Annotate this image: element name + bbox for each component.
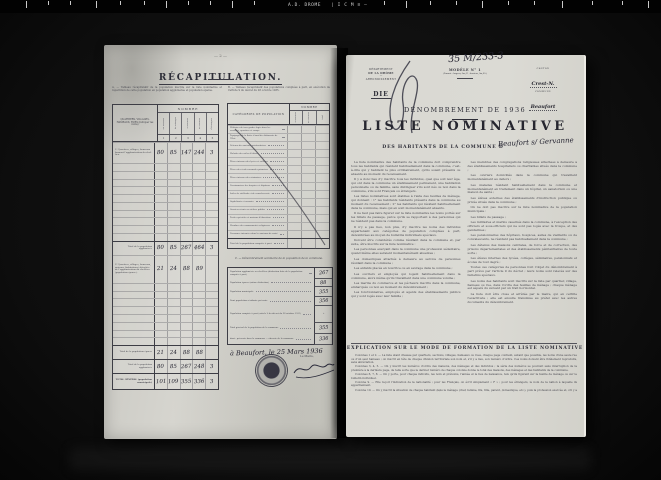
table-a-cell — [181, 195, 194, 202]
table-a-row-label — [113, 331, 155, 338]
table-a-cell — [181, 203, 194, 210]
table-b-cell — [287, 158, 301, 165]
table-a-cell: 85 — [168, 143, 181, 163]
table-a-cell: 24 — [168, 346, 181, 359]
table-a-cell — [168, 284, 181, 291]
microfilm-scan-viewport: A.D. DROME | I C M ≡ — — 2 — RÉCAPITULAT… — [0, 0, 661, 480]
table-b-row-label: Pensionnaires des hospices et hôpitaux — [228, 183, 287, 190]
page-number: — 2 — — [104, 53, 337, 58]
table-b-row: Pensionnaires des hospices et hôpitaux — [228, 182, 329, 190]
table-a-cell — [181, 211, 194, 218]
table-row-empty — [113, 225, 218, 233]
table-a-cell — [168, 226, 181, 233]
explication-paragraph: Colonne 10. — On y inscrit la situation … — [351, 389, 577, 392]
microfilm-ruler: A.D. DROME | I C M ≡ — — [0, 0, 661, 13]
handwritten-value: 24 — [170, 349, 177, 355]
instruction-paragraph: Les militaires et marins casernés dans l… — [468, 221, 578, 233]
table-a-cell — [206, 195, 218, 202]
table-a-row-label — [113, 218, 155, 225]
table-b-row-label: Ouvriers réunis en ateliers publics — [228, 207, 287, 214]
liste-nominative-title: LISTE NOMINATIVE — [346, 119, 584, 134]
table-b-cell — [315, 199, 329, 206]
table-a-cell — [206, 164, 218, 171]
table-b-cell — [301, 174, 315, 181]
table-b-row: Écoles spéciales et maisons d'éducation — [228, 214, 329, 222]
handwritten-value: 267 — [181, 245, 192, 252]
table-c-row-label: Population municipale — [228, 287, 314, 297]
ruler-tick — [482, 1, 483, 8]
table-b-cell — [301, 223, 315, 230]
table-a-cell — [181, 292, 194, 299]
table-a-header: QUARTIERS, VILLAGES, HAMEAUX, RUES (indi… — [113, 105, 218, 142]
caption-table-c: C. — Dénombrement sommaire de la populat… — [224, 256, 334, 260]
ruler-tick — [430, 1, 431, 5]
handwritten-value: 88 — [183, 349, 190, 355]
table-a-cell — [181, 234, 194, 241]
table-b-subcolumns: d'hommesde femmestotal — [290, 111, 329, 124]
table-c-row: Population agglomérée au chef-lieu (dédu… — [228, 268, 332, 279]
table-a-nombre-header: NOMBRE — [158, 105, 218, 113]
table-c-row-label: Dont population résidante présente — [228, 297, 314, 306]
instruction-paragraph: Doivent être considérés comme résidant d… — [351, 239, 461, 247]
table-b-cell — [315, 158, 329, 165]
table-a-column-number: 2 — [170, 135, 182, 141]
table-a-row-label — [113, 203, 155, 210]
table-a-row-label — [113, 187, 155, 194]
table-a-cell — [168, 180, 181, 187]
table-a-cell — [181, 218, 194, 225]
table-a-cell: 267 — [181, 242, 194, 255]
instruction-paragraph: Les détenus des maisons centrales, de fo… — [468, 244, 578, 256]
table-b-cell — [301, 158, 315, 165]
ruler-tick — [622, 1, 623, 5]
mairie-stamp — [253, 352, 290, 389]
table-a-cell: 248 — [193, 360, 206, 373]
instruction-paragraph: Les domestiques attachés à demeure au se… — [351, 258, 461, 266]
table-row-empty — [113, 217, 218, 225]
table-a-cell — [181, 226, 194, 233]
table-a-cell — [193, 226, 206, 233]
table-c-row: Total général de la population de la com… — [228, 323, 332, 334]
handwritten-value: 355 — [319, 325, 329, 332]
ruler-tick — [562, 1, 563, 8]
table-a-cell — [206, 203, 218, 210]
table-a-row-label — [113, 195, 155, 202]
scanner-glare — [70, 448, 590, 470]
handwritten-value: 248 — [194, 363, 205, 370]
table-row-empty — [113, 179, 218, 187]
table-a-row-label: Total de la population agglomérée — [113, 360, 155, 373]
table-a-subcolumn: d'hommes — [182, 113, 194, 134]
table-a-cell — [181, 315, 194, 322]
table-a-cell: 464 — [193, 242, 206, 255]
table-a-cell — [206, 307, 218, 314]
table-b-cell — [315, 134, 329, 141]
instruction-paragraph: Toutes ces catégories de personnes font … — [468, 266, 578, 278]
table-a-column-numbers: 12345 — [158, 134, 218, 141]
ruler-tick — [508, 1, 509, 5]
table-a-row-label — [113, 323, 155, 330]
caption-table-a: A. — Tableau récapitulatif de la populat… — [112, 86, 222, 93]
table-a-cell — [155, 218, 168, 225]
table-b-cell — [315, 207, 329, 214]
handwritten-value: 3 — [210, 150, 214, 156]
table-a-row-label — [113, 234, 155, 241]
table-b-row-label: Membres des communautés religieuses — [228, 223, 287, 230]
table-a-cell — [181, 338, 194, 345]
table-b-cell — [287, 134, 301, 141]
table-a-cell: 101 — [155, 374, 168, 390]
table-a-cell — [193, 338, 206, 345]
table-a-cell — [168, 164, 181, 171]
table-a-cell — [193, 218, 206, 225]
table-row: Total de la population agglomérée8085267… — [113, 241, 218, 255]
table-a-cell: 267 — [181, 360, 194, 373]
instruction-paragraph: Il y a donc lieu d'y inscrire tous les i… — [351, 178, 461, 194]
table-a-cell: 21 — [155, 346, 168, 359]
instruction-paragraph: Les élèves internes des lycées, collèges… — [468, 257, 578, 265]
instruction-paragraph: On ne doit pas inscrire sur la liste nom… — [468, 206, 578, 214]
table-b-cell — [301, 239, 315, 249]
table-a-cell — [168, 323, 181, 330]
handwritten-value: 356 — [319, 298, 329, 305]
table-b-cell — [287, 166, 301, 173]
table-a-cell — [168, 299, 181, 306]
table-b-cell — [315, 239, 329, 249]
table-a-cell: 80 — [155, 143, 168, 163]
table-row-empty — [113, 210, 218, 218]
handwritten-value: 21 — [157, 266, 164, 272]
instruction-paragraph: Les listes nominatives sont établies à l… — [351, 195, 461, 211]
table-a-subcolumn-label: de ménages — [175, 117, 177, 129]
table-a-cell: 3 — [206, 242, 218, 255]
table-row-empty — [113, 202, 218, 210]
model-rule — [457, 78, 473, 79]
table-a-cell — [168, 315, 181, 322]
table-b-cell — [287, 215, 301, 222]
table-a-row-label — [113, 284, 155, 291]
table-a-cell — [193, 331, 206, 338]
table-b-cell — [315, 150, 329, 157]
table-b-subcolumn: de femmes — [303, 111, 316, 124]
table-a-cell — [155, 323, 168, 330]
table-a-cell — [155, 331, 168, 338]
instruction-paragraph: Les enfants placés en nourrice ou en sev… — [351, 267, 461, 271]
ruler-tick — [188, 1, 189, 5]
table-b-subcolumn-label: de femmes — [308, 112, 310, 123]
left-page-recapitulation: — 2 — RÉCAPITULATION. A. — Tableau récap… — [104, 45, 337, 439]
handwritten-value: 267 — [181, 363, 192, 370]
ruler-tick — [534, 1, 535, 5]
instruction-paragraph: Les membres des congrégations religieuse… — [468, 161, 578, 173]
ruler-tick — [232, 1, 233, 8]
table-a-cell — [206, 292, 218, 299]
table-a-cell: 88 — [181, 256, 194, 283]
table-a-row-label: 1° Quartiers, villages, hameaux formant … — [113, 143, 155, 163]
table-a-cell — [168, 331, 181, 338]
table-c-row: Population municipale355 — [228, 287, 332, 297]
handwritten-value: 88 — [196, 349, 203, 355]
table-a-cell: 109 — [168, 374, 181, 390]
handwritten-value: 88 — [320, 279, 327, 285]
table-b-cell — [315, 191, 329, 198]
handwritten-archive-reference: 35 M/233-3 — [448, 46, 568, 65]
table-b-nombre-header: NOMBRE — [290, 104, 329, 111]
instruction-paragraph: Les fonctionnaires, employés et agents d… — [351, 291, 461, 299]
table-a-cell — [155, 180, 168, 187]
table-a-cell — [193, 180, 206, 187]
handwritten-value: 89 — [196, 266, 203, 272]
table-a-row-label: Total de la population agglomérée — [113, 242, 155, 255]
table-b-cell — [287, 126, 301, 133]
table-row: Total de la population éparse21248888 — [113, 345, 218, 359]
table-a-cell — [193, 203, 206, 210]
table-b-cell — [315, 223, 329, 230]
table-b-row: Élèves internes des séminaires — [228, 173, 329, 181]
table-row: TOTAL GÉNÉRAL (population municipale)101… — [113, 373, 218, 390]
table-a-cell — [206, 299, 218, 306]
table-b-cell — [287, 142, 301, 149]
table-c-row: dont : présente dans la commune — absent… — [228, 334, 332, 345]
table-b-row-label: Équipages de la flotte à bord des bâtime… — [228, 134, 287, 141]
table-a-subcolumn: de maisons — [158, 113, 170, 134]
table-b-cell — [287, 191, 301, 198]
table-b-row-label: Écoles spéciales et maisons d'éducation — [228, 215, 287, 222]
title-rule — [208, 79, 234, 80]
ruler-tick — [26, 1, 27, 8]
table-a-cell: 3 — [206, 143, 218, 163]
table-a-subcolumn-label: de maisons — [163, 118, 165, 129]
handwritten-place-date: à Beaufort, le 25 Mars 1936 — [230, 347, 334, 358]
table-a-subcolumn-label: de femmes — [199, 118, 201, 129]
explication-rule — [351, 343, 577, 344]
table-c-row: Dont population résidante présente356 — [228, 297, 332, 306]
table-b-header: CATÉGORIES DE POPULATION NOMBRE d'hommes… — [228, 104, 329, 125]
table-a-row-label — [113, 180, 155, 187]
table-a-row-label — [113, 315, 155, 322]
handwritten-value: 80 — [157, 245, 164, 251]
table-b-row-label: Élèves internes des lycées et collèges — [228, 158, 287, 165]
table-a-cell — [193, 284, 206, 291]
table-a-cell — [181, 331, 194, 338]
table-b-cell — [301, 166, 315, 173]
table-a-cell — [155, 195, 168, 202]
table-a-cell — [193, 164, 206, 171]
table-b-cell — [301, 191, 315, 198]
table-c-row-label: Population éparse (même déduction) — [228, 279, 314, 287]
table-b-cell — [301, 134, 315, 141]
handwritten-value: 80 — [157, 150, 164, 156]
ruler-label-archive: A.D. DROME — [288, 3, 321, 8]
table-a-cell — [181, 187, 194, 194]
explication-paragraph: Colonnes 1 et 2. — La liste étant dressé… — [351, 354, 577, 365]
ruler-tick — [254, 1, 255, 5]
table-b-cell — [301, 199, 315, 206]
table-c-denombrement-sommaire: Population agglomérée au chef-lieu (dédu… — [227, 267, 333, 345]
table-b-row: Militaires de tous grades logés dans les… — [228, 125, 329, 133]
table-a-row-label — [113, 172, 155, 179]
table-b-row-label: Asiles de vieillards et de convalescents — [228, 191, 287, 198]
table-a-cell — [193, 323, 206, 330]
table-a-cell — [193, 234, 206, 241]
table-row-empty — [113, 171, 218, 179]
handwritten-value: 85 — [170, 150, 177, 156]
table-b-cell — [301, 142, 315, 149]
table-a-cell — [155, 187, 168, 194]
table-a-cell: 147 — [181, 143, 194, 163]
handwritten-value: 464 — [194, 245, 205, 252]
table-a-row-label — [113, 292, 155, 299]
table-a-column-number: 3 — [182, 135, 194, 141]
table-a-cell — [181, 284, 194, 291]
instruction-paragraph: Il n'y a pas lieu, non plus, d'y inscrir… — [351, 226, 461, 238]
table-a-cell — [155, 284, 168, 291]
table-a-column-number: 5 — [207, 135, 218, 141]
table-a-cell — [168, 172, 181, 179]
table-a-cell — [206, 234, 218, 241]
table-row-empty — [113, 314, 218, 322]
table-b-cell — [315, 174, 329, 181]
table-a-cell — [206, 211, 218, 218]
table-b-row: Ouvriers réunis en ateliers publics — [228, 206, 329, 214]
table-a-cell: 21 — [155, 256, 168, 283]
table-b-row-label: Malades des asiles d'aliénés — [228, 150, 287, 157]
table-a-cell: 3 — [206, 360, 218, 373]
table-a-cell: 80 — [155, 360, 168, 373]
canton-value: Crest-N. — [530, 81, 557, 88]
table-a-cell — [193, 187, 206, 194]
denombrement-heading: DÉNOMBREMENT DE 1936 — [346, 97, 584, 120]
table-b-cell — [301, 126, 315, 133]
instruction-paragraph: Les marins du commerce et les pêcheurs i… — [351, 282, 461, 290]
table-a-cell — [206, 323, 218, 330]
table-a-cell — [181, 299, 194, 306]
table-a-cell: 89 — [193, 256, 206, 283]
table-b-cell — [287, 231, 301, 238]
table-a-cell — [206, 218, 218, 225]
table-row-empty — [113, 330, 218, 338]
table-a-row-label — [113, 299, 155, 306]
table-a-subcolumn-label: d'étrangers — [211, 118, 213, 130]
table-a-cell — [168, 195, 181, 202]
table-row-empty — [113, 233, 218, 241]
table-a-row-label — [113, 307, 155, 314]
table-b-cell — [287, 223, 301, 230]
department-block: DÉPARTEMENT DE LA DRÔME — ARRONDISSEMENT… — [354, 68, 408, 100]
table-a-row-label — [113, 338, 155, 345]
table-a-subcolumns: de maisonsde ménagesd'hommesde femmesd'é… — [158, 113, 218, 134]
handwritten-value: 21 — [157, 349, 164, 355]
explication-title: EXPLICATION SUR LE MODE DE FORMATION DE … — [346, 346, 584, 351]
table-b-row: Malades des asiles d'aliénés — [228, 149, 329, 157]
table-a-cell — [168, 307, 181, 314]
table-a-subcolumn: de femmes — [195, 113, 207, 134]
table-a-cell — [193, 195, 206, 202]
table-a-cell: 336 — [193, 374, 206, 390]
table-a-cell — [168, 211, 181, 218]
table-a-cell — [193, 315, 206, 322]
instructions-column-right: Les membres des congrégations religieuse… — [468, 161, 578, 341]
instruction-paragraph: La liste nominative des habitants de la … — [351, 161, 461, 177]
table-a-cell — [206, 180, 218, 187]
table-a-cell — [155, 226, 168, 233]
table-a-cell — [181, 172, 194, 179]
table-b-row-label: Orphelinats et ouvroirs — [228, 199, 287, 206]
table-a-cell — [168, 218, 181, 225]
table-a-cell — [181, 307, 194, 314]
table-b-cell — [315, 231, 329, 238]
table-a-cell — [155, 299, 168, 306]
table-a-cell — [155, 338, 168, 345]
table-c-row: Population éparse (même déduction)88 — [228, 279, 332, 287]
table-b-cell — [287, 199, 301, 206]
explication-paragraphs: Colonnes 1 et 2. — La liste étant dressé… — [351, 354, 577, 392]
table-a-cell — [193, 299, 206, 306]
liste-nominative-subtitle: DES HABITANTS DE LA COMMUNE D — [380, 145, 506, 150]
caption-table-b: B. — Tableau récapitulatif des populatio… — [228, 86, 330, 93]
handwritten-value: 3 — [210, 379, 214, 385]
instruction-paragraph: Les billets de passage ; — [468, 216, 578, 220]
table-b-cell — [315, 215, 329, 222]
table-row-empty — [113, 306, 218, 314]
table-row-empty — [113, 291, 218, 299]
handwritten-value: 101 — [155, 379, 166, 386]
handwritten-value: 355 — [319, 288, 329, 295]
handwritten-commune-name: Beaufort s/ Gervanne — [498, 136, 582, 148]
table-c-row-label: dont : présente dans la commune — absent… — [228, 334, 314, 345]
table-b-cell — [287, 150, 301, 157]
table-a-cell — [155, 307, 168, 314]
table-b-cell — [315, 126, 329, 133]
table-a-cell — [193, 307, 206, 314]
table-a-cell: 85 — [168, 242, 181, 255]
table-b-cell — [301, 231, 315, 238]
table-b-row: Équipages de la flotte à bord des bâtime… — [228, 133, 329, 141]
table-b-cell — [301, 150, 315, 157]
table-a-row-label: Total de la population éparse — [113, 346, 155, 359]
table-a-cell — [181, 164, 194, 171]
ruler-tick — [48, 1, 49, 5]
table-b-row-label: Élèves des écoles normales primaires — [228, 166, 287, 173]
table-b-subcolumn: d'hommes — [290, 111, 303, 124]
table-a-row-label: TOTAL GÉNÉRAL (population municipale) — [113, 374, 155, 390]
ruler-tick — [648, 1, 649, 8]
instruction-paragraph: Les noms des habitants sont inscrits sur… — [468, 280, 578, 292]
handwritten-value: 85 — [170, 363, 177, 369]
table-a-cell — [206, 315, 218, 322]
table-b-comptee-a-part: CATÉGORIES DE POPULATION NOMBRE d'hommes… — [227, 103, 330, 249]
handwritten-value: 336 — [194, 379, 205, 386]
instructions-columns: La liste nominative des habitants de la … — [351, 161, 577, 341]
table-a-cell — [155, 234, 168, 241]
table-a-population: QUARTIERS, VILLAGES, HAMEAUX, RUES (indi… — [112, 104, 219, 390]
recapitulation-title: RÉCAPITULATION. — [104, 65, 337, 85]
table-c-row-label: Population comptée à part (article 9 du … — [228, 306, 314, 323]
table-a-column-number: 4 — [195, 135, 207, 141]
table-a-cell — [155, 315, 168, 322]
handwritten-value: · — [322, 311, 324, 317]
table-a-cell: 88 — [193, 346, 206, 359]
table-a-row-label — [113, 211, 155, 218]
table-a-cell — [168, 187, 181, 194]
table-a-cell — [181, 180, 194, 187]
explication-paragraph: Colonne 9. — Elle reçoit l'indication de… — [351, 381, 577, 388]
table-a-row-label — [113, 164, 155, 171]
table-b-row: Élèves internes des lycées et collèges — [228, 157, 329, 165]
handwritten-value: 88 — [183, 266, 190, 272]
table-row: 1° Quartiers, villages, hameaux formant … — [113, 142, 218, 163]
table-a-column-number: 1 — [158, 135, 170, 141]
